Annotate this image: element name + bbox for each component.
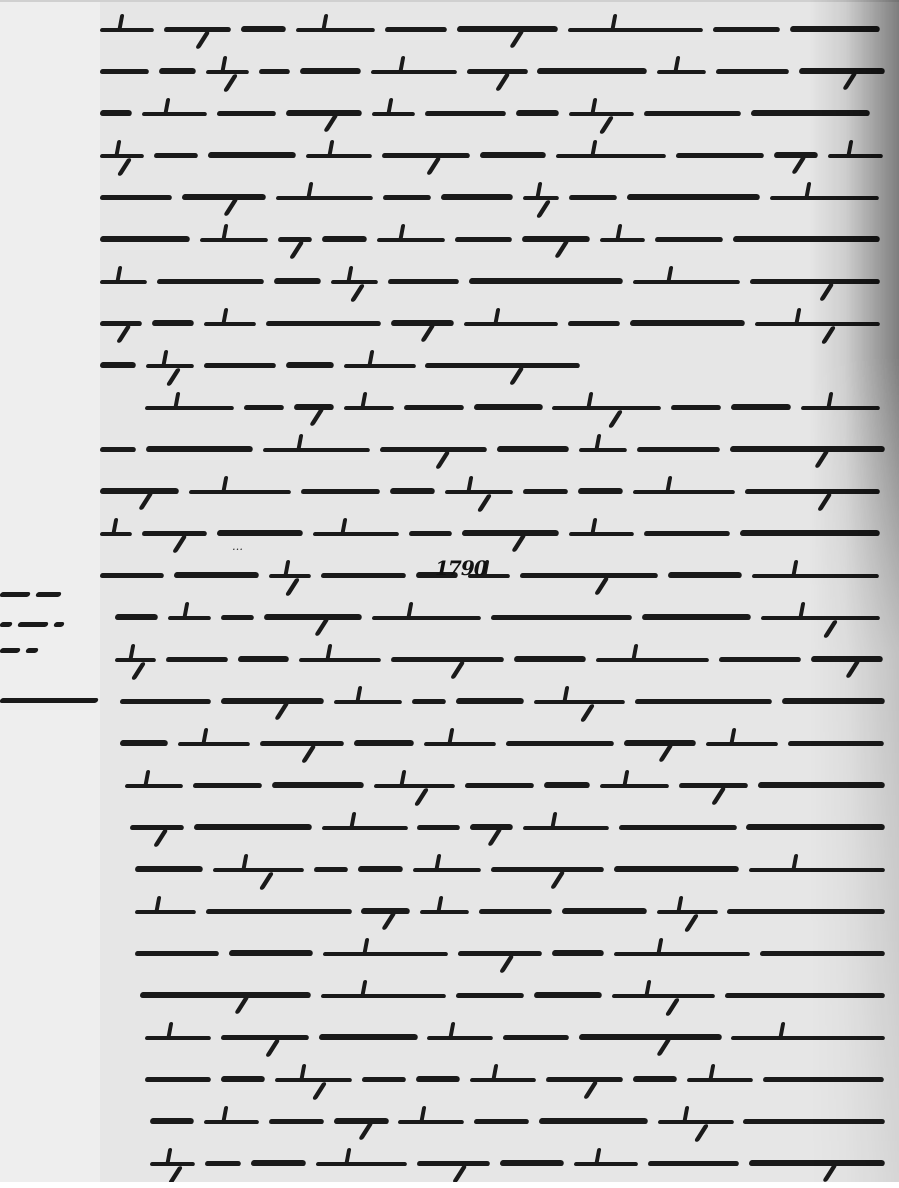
- handwritten-word: [499, 1160, 565, 1166]
- handwritten-word: [145, 364, 194, 368]
- manuscript-line: [100, 128, 885, 158]
- manuscript-page: … 1790: [0, 0, 899, 1188]
- handwritten-word: [165, 657, 229, 662]
- handwritten-word: [412, 868, 481, 872]
- handwritten-word: [149, 1118, 195, 1124]
- handwritten-word: [656, 910, 718, 914]
- handwritten-word: [533, 992, 603, 998]
- handwritten-word: [321, 826, 408, 830]
- handwritten-word: [712, 27, 781, 32]
- handwritten-word: [114, 658, 156, 662]
- handwritten-word: [686, 1078, 753, 1082]
- margin-note-line: [0, 622, 100, 627]
- handwritten-word: [398, 1120, 465, 1124]
- handwritten-word: [376, 238, 445, 242]
- handwritten-word: [568, 195, 618, 200]
- handwritten-word: [151, 320, 195, 326]
- handwritten-word: [522, 826, 609, 830]
- handwritten-word: [478, 909, 553, 914]
- handwritten-word: [468, 278, 624, 284]
- handwritten-word: [99, 110, 133, 116]
- handwritten-word: [332, 1118, 389, 1124]
- manuscript-line: [135, 842, 885, 872]
- margin-note-line: [0, 648, 100, 653]
- handwritten-word: [632, 280, 740, 284]
- handwritten-word: [567, 321, 621, 326]
- handwritten-word: [263, 614, 363, 620]
- handwritten-word: [317, 1034, 418, 1040]
- handwritten-word: [533, 700, 625, 704]
- handwritten-word: [114, 614, 159, 620]
- handwritten-word: [35, 592, 62, 597]
- handwritten-word: [298, 658, 381, 662]
- handwritten-word: [568, 112, 634, 116]
- manuscript-line: [100, 212, 880, 242]
- manuscript-line: [150, 1136, 885, 1166]
- handwritten-word: [139, 992, 312, 998]
- handwritten-word: [545, 1077, 624, 1082]
- handwritten-word: [285, 110, 363, 116]
- handwritten-word: [373, 784, 455, 788]
- handwritten-word: [129, 825, 185, 830]
- handwritten-word: [144, 1077, 212, 1082]
- handwritten-word: [455, 698, 525, 704]
- handwritten-word: [411, 699, 447, 704]
- handwritten-word: [457, 951, 543, 956]
- handwritten-word: [192, 783, 263, 788]
- handwritten-word: [573, 1162, 638, 1166]
- handwritten-word: [715, 69, 790, 74]
- handwritten-word: [203, 322, 256, 326]
- binding-shadow: [809, 0, 899, 1188]
- handwritten-word: [333, 700, 402, 704]
- handwritten-word: [577, 488, 624, 494]
- handwritten-word: [611, 994, 715, 998]
- handwritten-word: [305, 154, 372, 158]
- manuscript-line: [135, 884, 885, 914]
- handwritten-word: [216, 111, 277, 116]
- handwritten-word: [343, 364, 416, 368]
- handwritten-word: [220, 1035, 310, 1040]
- handwritten-word: [626, 194, 761, 200]
- handwritten-word: [25, 648, 39, 653]
- handwritten-word: [320, 573, 407, 578]
- handwritten-word: [718, 657, 802, 662]
- handwritten-word: [551, 950, 605, 956]
- handwritten-word: [455, 993, 525, 998]
- handwritten-word: [578, 448, 627, 452]
- manuscript-line: [100, 506, 880, 536]
- handwritten-word: [119, 699, 212, 704]
- handwritten-word: [389, 488, 436, 494]
- handwritten-word: [403, 405, 465, 410]
- handwritten-word: [479, 152, 547, 158]
- handwritten-word: [705, 742, 778, 746]
- handwritten-word: [265, 321, 382, 326]
- margin-note-line: [0, 592, 100, 597]
- handwritten-word: [181, 194, 267, 200]
- manuscript-line: [100, 44, 885, 74]
- handwritten-word: [567, 28, 703, 32]
- handwritten-word: [220, 615, 255, 620]
- handwritten-word: [205, 70, 249, 74]
- handwritten-word: [427, 1036, 494, 1040]
- handwritten-word: [285, 362, 335, 368]
- handwritten-word: [632, 490, 735, 494]
- handwritten-word: [490, 867, 605, 872]
- handwritten-word: [99, 236, 191, 242]
- handwritten-word: [502, 1035, 570, 1040]
- handwritten-word: [156, 279, 265, 284]
- handwritten-word: [543, 782, 591, 788]
- manuscript-line: [100, 338, 580, 368]
- manuscript-line: [100, 422, 885, 452]
- handwritten-word: [99, 573, 165, 578]
- handwritten-word: [360, 908, 411, 914]
- handwritten-word: [555, 154, 666, 158]
- interlinear-note: …: [232, 540, 244, 553]
- manuscript-line: [100, 86, 870, 116]
- handwritten-word: [0, 698, 99, 703]
- handwritten-word: [53, 622, 65, 627]
- handwritten-word: [134, 866, 204, 872]
- handwritten-word: [381, 153, 471, 158]
- handwritten-word: [384, 27, 448, 32]
- handwritten-word: [0, 622, 13, 627]
- handwritten-word: [205, 909, 352, 914]
- handwritten-word: [99, 195, 173, 200]
- manuscript-line: [100, 2, 880, 32]
- handwritten-word: [134, 910, 196, 914]
- handwritten-word: [599, 238, 645, 242]
- handwritten-word: [618, 825, 737, 830]
- manuscript-line: [120, 674, 885, 704]
- handwritten-word: [243, 405, 285, 410]
- manuscript-line: [125, 758, 885, 788]
- handwritten-word: [99, 280, 147, 284]
- handwritten-word: [654, 237, 724, 242]
- year-1790: 1790: [435, 556, 487, 580]
- handwritten-word: [390, 320, 455, 326]
- handwritten-word: [141, 531, 208, 536]
- handwritten-word: [99, 532, 132, 536]
- handwritten-word: [99, 488, 180, 494]
- handwritten-word: [629, 320, 746, 326]
- handwritten-word: [299, 68, 362, 74]
- handwritten-word: [423, 742, 496, 746]
- handwritten-word: [167, 616, 211, 620]
- handwritten-word: [370, 70, 457, 74]
- handwritten-word: [420, 910, 470, 914]
- handwritten-word: [353, 740, 415, 746]
- handwritten-word: [456, 26, 559, 32]
- handwritten-word: [144, 1036, 211, 1040]
- handwritten-word: [730, 404, 792, 410]
- handwritten-word: [424, 363, 580, 368]
- manuscript-line: [145, 1052, 885, 1082]
- handwritten-word: [343, 406, 394, 410]
- handwritten-word: [379, 447, 488, 452]
- handwritten-word: [641, 614, 752, 620]
- page-bottom-edge: [0, 1182, 899, 1188]
- handwritten-word: [371, 112, 415, 116]
- handwritten-word: [632, 1076, 678, 1082]
- handwritten-word: [330, 280, 378, 284]
- handwritten-word: [416, 825, 461, 830]
- handwritten-word: [145, 446, 254, 452]
- handwritten-word: [371, 616, 481, 620]
- handwritten-word: [277, 237, 313, 242]
- handwritten-word: [670, 405, 722, 410]
- handwritten-word: [153, 153, 199, 158]
- handwritten-word: [444, 490, 513, 494]
- handwritten-word: [312, 532, 399, 536]
- handwritten-word: [268, 1119, 325, 1124]
- handwritten-word: [657, 1120, 734, 1124]
- manuscript-line: [150, 1094, 885, 1124]
- handwritten-word: [212, 868, 304, 872]
- handwritten-word: [149, 1162, 195, 1166]
- handwritten-word: [473, 1119, 530, 1124]
- handwritten-word: [134, 951, 220, 956]
- handwritten-word: [490, 615, 633, 620]
- handwritten-word: [613, 866, 740, 872]
- manuscript-line: [140, 968, 885, 998]
- manuscript-line: [130, 800, 885, 830]
- handwritten-word: [440, 194, 514, 200]
- handwritten-word: [675, 153, 765, 158]
- handwritten-word: [387, 279, 460, 284]
- manuscript-line: [100, 296, 880, 326]
- handwritten-word: [273, 278, 322, 284]
- handwritten-word: [599, 784, 669, 788]
- handwritten-word: [519, 573, 659, 578]
- handwritten-word: [415, 1076, 461, 1082]
- manuscript-line: [145, 380, 880, 410]
- handwritten-word: [521, 236, 591, 242]
- handwritten-word: [188, 490, 291, 494]
- handwritten-word: [320, 994, 446, 998]
- handwritten-word: [636, 447, 721, 452]
- handwritten-word: [99, 28, 154, 32]
- manuscript-line: [145, 1010, 885, 1040]
- handwritten-word: [99, 154, 144, 158]
- handwritten-word: [634, 699, 773, 704]
- handwritten-word: [408, 531, 453, 536]
- handwritten-word: [552, 406, 662, 410]
- handwritten-word: [204, 1161, 242, 1166]
- handwritten-word: [322, 952, 448, 956]
- manuscript-line: [100, 170, 880, 200]
- handwritten-word: [623, 740, 697, 746]
- handwritten-word: [561, 908, 648, 914]
- handwritten-word: [293, 404, 335, 410]
- handwritten-word: [578, 1034, 723, 1040]
- handwritten-word: [315, 1162, 407, 1166]
- handwritten-word: [643, 531, 731, 536]
- margin-note-line: [0, 698, 100, 703]
- handwritten-word: [357, 866, 404, 872]
- handwritten-word: [461, 530, 560, 536]
- handwritten-word: [595, 658, 709, 662]
- handwritten-word: [464, 783, 535, 788]
- handwritten-word: [321, 236, 368, 242]
- manuscript-line: [100, 464, 880, 494]
- handwritten-word: [262, 448, 370, 452]
- manuscript-line: [115, 632, 885, 662]
- handwritten-word: [144, 406, 234, 410]
- handwritten-word: [240, 26, 287, 32]
- manuscript-line: [100, 254, 880, 284]
- handwritten-word: [647, 1161, 740, 1166]
- handwritten-word: [216, 530, 304, 536]
- handwritten-word: [496, 446, 570, 452]
- handwritten-word: [390, 657, 505, 662]
- handwritten-word: [472, 404, 543, 410]
- manuscript-line: [135, 926, 885, 956]
- manuscript-line: [100, 548, 880, 578]
- handwritten-word: [124, 784, 183, 788]
- handwritten-word: [199, 238, 268, 242]
- handwritten-word: [643, 111, 742, 116]
- handwritten-word: [99, 321, 143, 326]
- manuscript-line: [115, 590, 880, 620]
- manuscript-line: [120, 716, 885, 746]
- handwritten-word: [295, 28, 375, 32]
- handwritten-word: [17, 622, 49, 627]
- handwritten-word: [505, 741, 615, 746]
- handwritten-word: [271, 782, 365, 788]
- handwritten-word: [466, 69, 529, 74]
- handwritten-word: [203, 1120, 259, 1124]
- handwritten-word: [522, 196, 559, 200]
- handwritten-word: [667, 572, 743, 578]
- handwritten-word: [141, 112, 207, 116]
- handwritten-word: [99, 362, 137, 368]
- handwritten-word: [300, 489, 381, 494]
- handwritten-word: [207, 152, 297, 158]
- handwritten-word: [361, 1077, 407, 1082]
- handwritten-word: [163, 27, 232, 32]
- handwritten-word: [424, 111, 507, 116]
- handwritten-word: [258, 69, 291, 74]
- handwritten-word: [678, 783, 749, 788]
- handwritten-word: [173, 572, 260, 578]
- handwritten-word: [268, 574, 311, 578]
- handwritten-word: [275, 196, 373, 200]
- handwritten-word: [158, 68, 197, 74]
- handwritten-word: [538, 1118, 649, 1124]
- handwritten-word: [536, 68, 648, 74]
- handwritten-word: [469, 824, 514, 830]
- handwritten-word: [250, 1160, 307, 1166]
- handwritten-word: [99, 69, 150, 74]
- handwritten-word: [99, 447, 137, 452]
- handwritten-word: [454, 237, 513, 242]
- handwritten-word: [0, 592, 31, 597]
- handwritten-word: [193, 824, 313, 830]
- handwritten-word: [515, 110, 560, 116]
- handwritten-word: [613, 952, 750, 956]
- handwritten-word: [568, 532, 634, 536]
- handwritten-word: [220, 698, 325, 704]
- handwritten-word: [313, 867, 349, 872]
- handwritten-word: [274, 1078, 352, 1082]
- handwritten-word: [237, 656, 290, 662]
- handwritten-word: [513, 656, 587, 662]
- handwritten-word: [657, 70, 707, 74]
- handwritten-word: [228, 950, 314, 956]
- handwritten-word: [469, 1078, 536, 1082]
- handwritten-word: [177, 742, 250, 746]
- handwritten-word: [259, 741, 345, 746]
- handwritten-word: [220, 1076, 266, 1082]
- handwritten-word: [382, 195, 432, 200]
- handwritten-word: [463, 322, 558, 326]
- handwritten-word: [0, 648, 21, 653]
- handwritten-word: [416, 1161, 491, 1166]
- handwritten-word: [203, 363, 277, 368]
- handwritten-word: [119, 740, 169, 746]
- handwritten-word: [522, 489, 569, 494]
